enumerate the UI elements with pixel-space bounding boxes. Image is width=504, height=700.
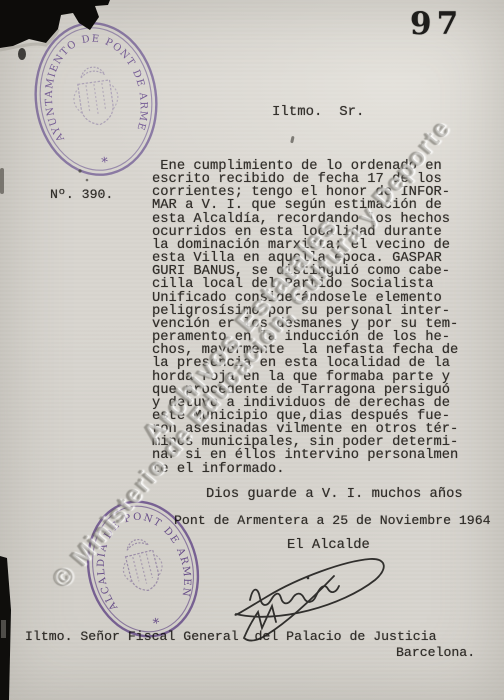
paper-speck — [86, 179, 89, 182]
paper-speck — [78, 169, 81, 172]
scanned-document-page: Archivos Estatales © Ministerio de Educa… — [0, 0, 504, 700]
torn-corner — [0, 0, 110, 48]
stray-mark — [290, 136, 294, 143]
left-edge-notch — [0, 168, 4, 194]
scan-artifacts — [0, 0, 504, 700]
torn-fragment — [18, 48, 26, 60]
